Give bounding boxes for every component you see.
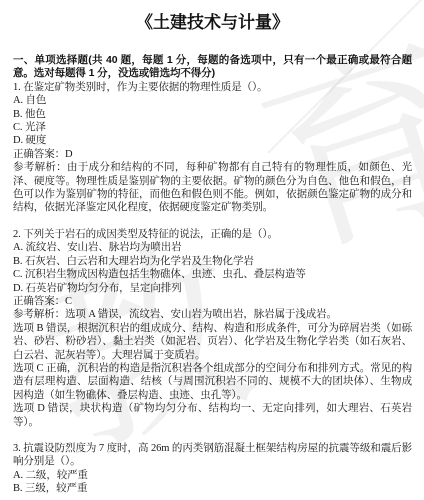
question-option: A. 流纹岩、安山岩、脉岩均为喷出岩: [13, 241, 412, 254]
analysis-paragraph: 参考解析：由于成分和结构的不同，每种矿物都有自己特有的物理性质，如颜色、光泽、硬…: [13, 161, 412, 215]
question-option: C. 沉积岩生物成因构造包括生物礁体、虫迹、虫孔、叠层构造等: [13, 268, 412, 281]
question-option: B. 石灰岩、白云岩和大理岩均为化学岩及生物化学岩: [13, 255, 412, 268]
question-stem: 2. 下列关于岩石的成因类型及特征的说法，正确的是（）。: [13, 228, 412, 241]
question-option: A. 二级，较严重: [13, 469, 412, 482]
question-option: A. 自色: [13, 94, 412, 107]
question-1: 1. 在鉴定矿物类别时，作为主要依据的物理性质是（）。 A. 自色 B. 他色 …: [13, 81, 412, 215]
analysis-paragraph: 选项 D 错误，块状构造（矿物均匀分布、结构均一、无定向排列，如大理岩、石英岩等…: [13, 402, 412, 429]
section-heading: 一、单项选择题(共 40 题，每题 1 分，每题的备选项中，只有一个最正确或最符…: [13, 54, 412, 81]
document-content: 《土建技术与计量》 一、单项选择题(共 40 题，每题 1 分，每题的备选项中，…: [13, 8, 412, 496]
question-option: B. 他色: [13, 108, 412, 121]
answer-line: 正确答案：D: [13, 148, 412, 161]
question-option: D. 石英岩矿物均匀分布，呈定向排列: [13, 282, 412, 295]
question-option: C. 光泽: [13, 121, 412, 134]
question-stem: 1. 在鉴定矿物类别时，作为主要依据的物理性质是（）。: [13, 81, 412, 94]
answer-line: 正确答案：C: [13, 295, 412, 308]
question-option: D. 硬度: [13, 134, 412, 147]
question-stem: 3. 抗震设防烈度为 7 度时，高 26m 的丙类钢筋混凝土框架结构房屋的抗震等…: [13, 442, 412, 469]
analysis-paragraph: 选项 B 错误，根据沉积岩的组成成分、结构、构造和形成条件，可分为碎屑岩类（如砾…: [13, 322, 412, 362]
question-option: B. 三级，较严重: [13, 482, 412, 495]
analysis-paragraph: 参考解析：选项 A 错误，流纹岩、安山岩为喷出岩，脉岩属于浅成岩。: [13, 308, 412, 321]
exam-document-page: 教 育 《土建技术与计量》 一、单项选择题(共 40 题，每题 1 分，每题的备…: [0, 0, 424, 500]
question-2: 2. 下列关于岩石的成因类型及特征的说法，正确的是（）。 A. 流纹岩、安山岩、…: [13, 228, 412, 429]
question-3: 3. 抗震设防烈度为 7 度时，高 26m 的丙类钢筋混凝土框架结构房屋的抗震等…: [13, 442, 412, 496]
analysis-paragraph: 选项 C 正确，沉积岩的构造是指沉积岩各个组成部分的空间分布和排列方式。常见的构…: [13, 362, 412, 402]
page-title: 《土建技术与计量》: [13, 8, 412, 33]
